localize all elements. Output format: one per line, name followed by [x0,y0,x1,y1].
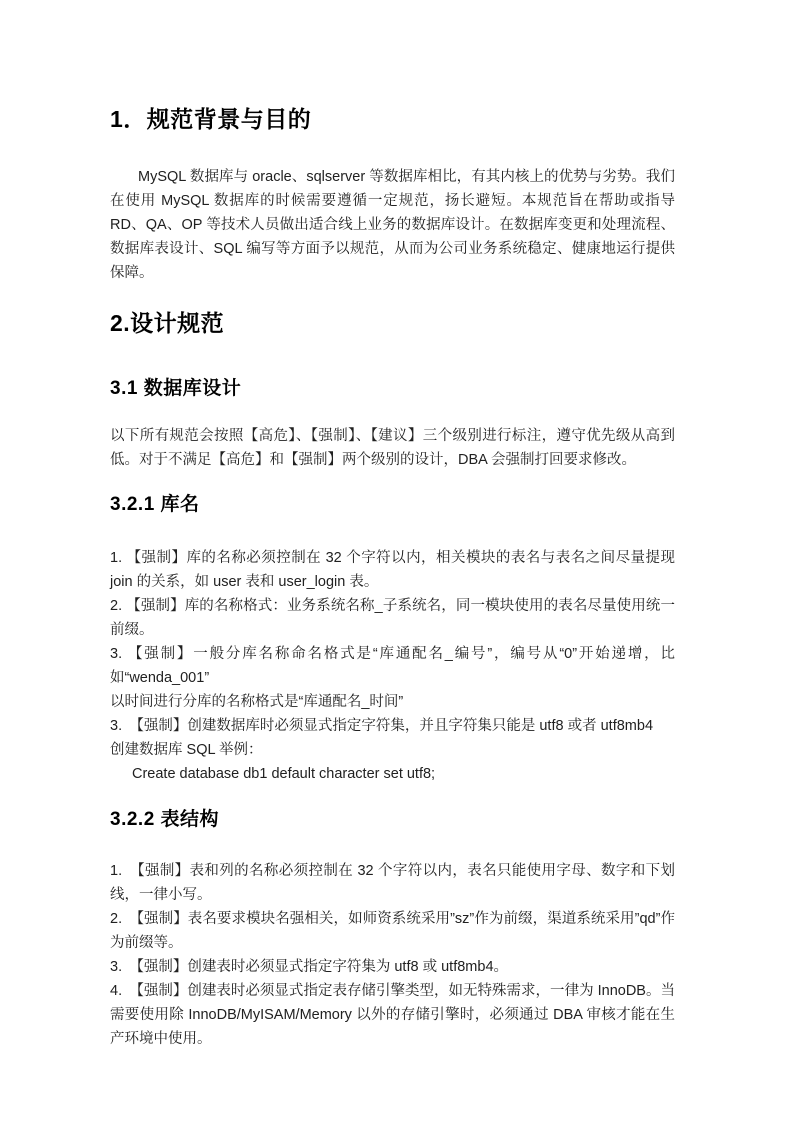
section-1-heading: 1．规范背景与目的 [110,103,675,136]
sql-example-label: 创建数据库 SQL 举例： [110,738,675,762]
section-3-2-1-heading: 3.2.1 库名 [110,492,675,518]
table-rule-4: 4. 【强制】创建表时必须显式指定表存储引擎类型，如无特殊需求，一律为 Inno… [110,979,675,1051]
priority-levels-paragraph: 以下所有规范会按照【高危】、【强制】、【建议】三个级别进行标注，遵守优先级从高到… [110,424,675,472]
document-page: 1．规范背景与目的 MySQL 数据库与 oracle、sqlserver 等数… [0,0,793,1122]
section-3-1-heading: 3.1 数据库设计 [110,376,675,402]
table-rule-1: 1. 【强制】表和列的名称必须控制在 32 个字符以内，表名只能使用字母、数字和… [110,859,675,907]
dbname-rule-2: 2. 【强制】库的名称格式：业务系统名称_子系统名，同一模块使用的表名尽量使用统… [110,594,675,642]
dbname-rule-time-sharding: 以时间进行分库的名称格式是“库通配名_时间” [110,690,675,714]
dbname-rule-charset: 3. 【强制】创建数据库时必须显式指定字符集，并且字符集只能是 utf8 或者 … [110,714,675,738]
section-3-2-2-heading: 3.2.2 表结构 [110,807,675,833]
table-rule-2: 2. 【强制】表名要求模块名强相关，如师资系统采用”sz”作为前缀，渠道系统采用… [110,907,675,955]
sql-example-statement: Create database db1 default character se… [110,762,675,786]
dbname-rule-1: 1. 【强制】库的名称必须控制在 32 个字符以内，相关模块的表名与表名之间尽量… [110,546,675,594]
section-2-heading: 2.设计规范 [110,307,675,340]
dbname-rule-3-sharding: 3. 【强制】一般分库名称命名格式是“库通配名_编号”，编号从“0”开始递增，比… [110,642,675,690]
intro-paragraph: MySQL 数据库与 oracle、sqlserver 等数据库相比，有其内核上… [110,165,675,285]
table-rule-3: 3. 【强制】创建表时必须显式指定字符集为 utf8 或 utf8mb4。 [110,955,675,979]
